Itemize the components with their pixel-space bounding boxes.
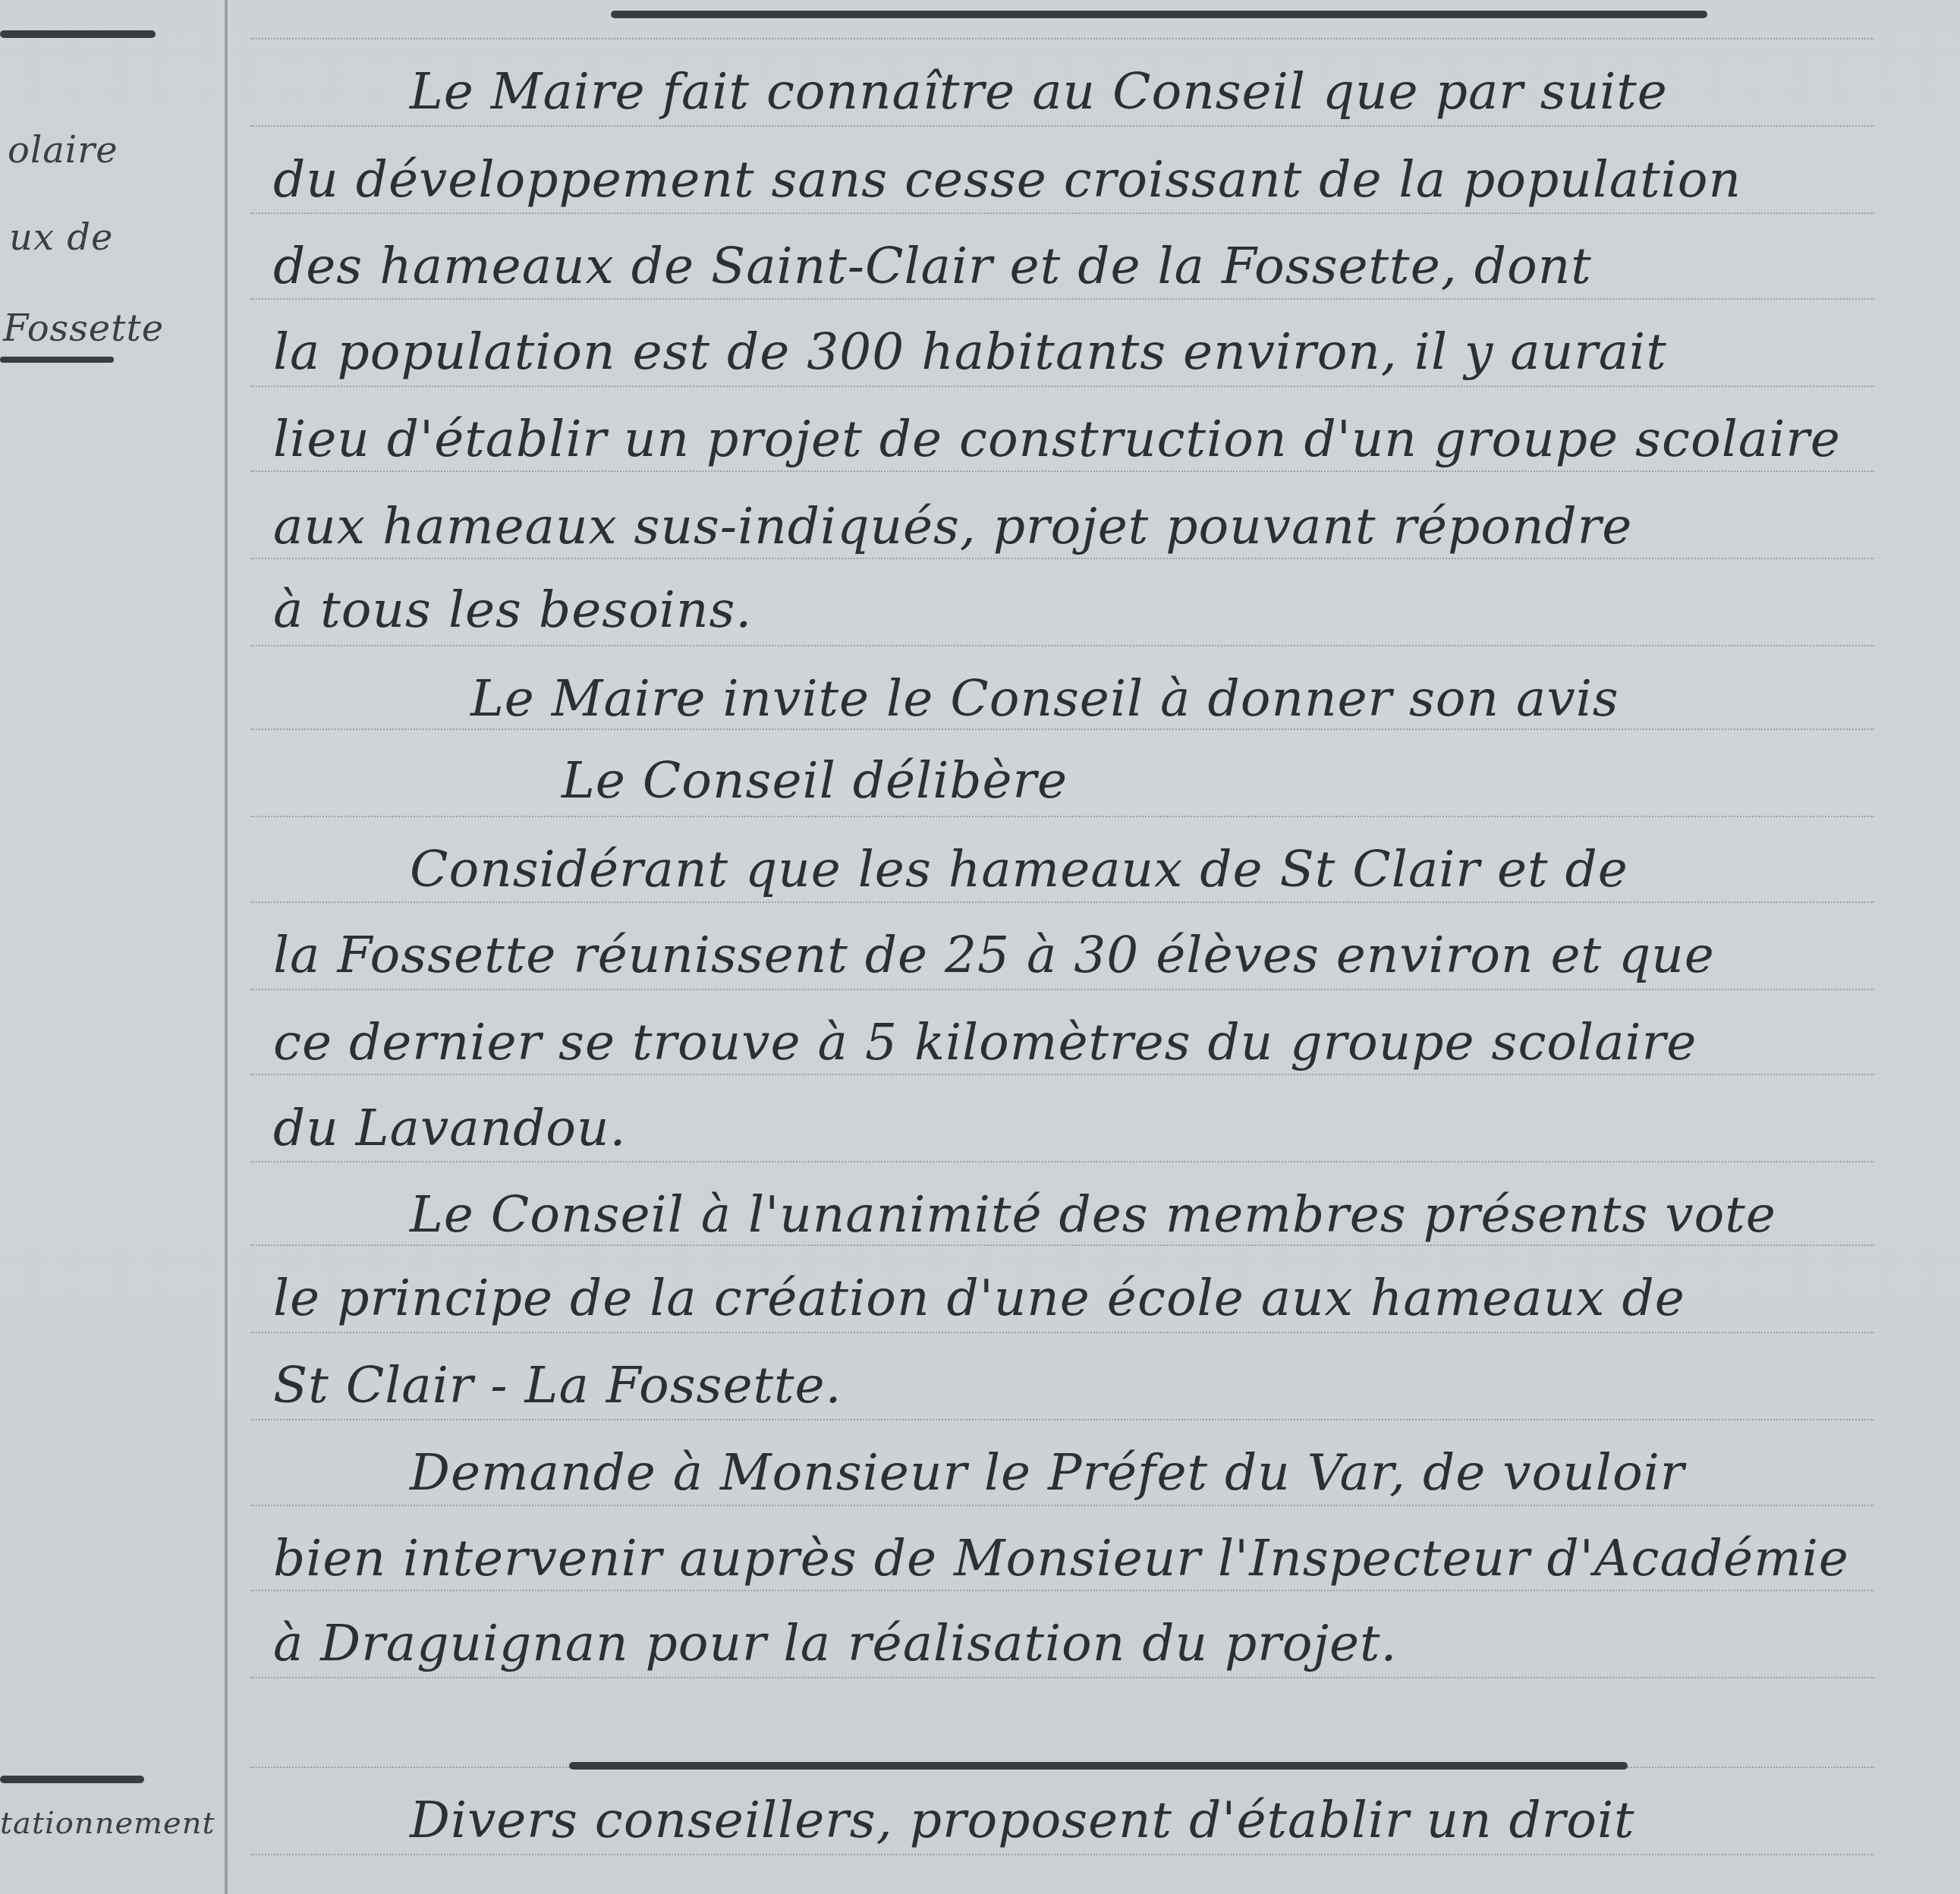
margin-separator-top <box>0 30 156 38</box>
handwritten-line: Le Maire invite le Conseil à donner son … <box>470 669 1619 728</box>
ruled-line <box>250 1677 1874 1678</box>
handwritten-line: Le Conseil délibère <box>562 751 1068 810</box>
margin-divider <box>225 0 228 1894</box>
margin-note: tationnement <box>0 1806 216 1841</box>
margin-separator <box>0 357 114 363</box>
handwritten-line: Le Maire fait connaître au Conseil que p… <box>410 62 1668 121</box>
ruled-line <box>250 645 1874 647</box>
ruled-line <box>250 901 1874 903</box>
handwritten-line: Le Conseil à l'unanimité des membres pré… <box>410 1185 1776 1244</box>
ruled-line <box>250 385 1874 387</box>
ruled-line <box>250 989 1874 990</box>
ruled-line <box>250 212 1874 214</box>
ruled-line <box>250 125 1874 127</box>
margin-note: ux de <box>9 216 113 259</box>
margin-note: olaire <box>8 129 118 171</box>
handwritten-line: la Fossette réunissent de 25 à 30 élèves… <box>273 926 1715 984</box>
handwritten-line: à Draguignan pour la réalisation du proj… <box>273 1614 1398 1672</box>
register-page: olaire ux de Fossette tationnement Le Ma… <box>0 0 1960 1894</box>
handwritten-line: la population est de 300 habitants envir… <box>273 322 1667 381</box>
ruled-line <box>250 1419 1874 1420</box>
ruled-line <box>250 558 1874 559</box>
ruled-line <box>250 38 1874 39</box>
ruled-line <box>250 1161 1874 1163</box>
handwritten-line: bien intervenir auprès de Monsieur l'Ins… <box>273 1529 1849 1587</box>
margin-note: Fossette <box>3 307 164 350</box>
handwritten-line: du développement sans cesse croissant de… <box>273 150 1741 209</box>
handwritten-line: Divers conseillers, proposent d'établir … <box>410 1791 1635 1849</box>
ruled-line <box>250 1332 1874 1333</box>
handwritten-line: lieu d'établir un projet de construction… <box>273 410 1841 468</box>
handwritten-line: le principe de la création d'une école a… <box>273 1269 1685 1327</box>
handwritten-line: aux hameaux sus-indiqués, projet pouvant… <box>273 497 1632 555</box>
ruled-line <box>250 1505 1874 1506</box>
handwritten-line: Demande à Monsieur le Préfet du Var, de … <box>410 1443 1685 1502</box>
ruled-line <box>250 728 1874 730</box>
handwritten-line: des hameaux de Saint-Clair et de la Foss… <box>273 237 1592 295</box>
handwritten-line: ce dernier se trouve à 5 kilomètres du g… <box>273 1013 1697 1071</box>
ruled-line <box>250 816 1874 817</box>
ruled-line <box>250 1854 1874 1855</box>
margin-separator-bottom <box>0 1776 144 1783</box>
ruled-line <box>250 298 1874 300</box>
ruled-line <box>250 1244 1874 1246</box>
handwritten-line: St Clair - La Fossette. <box>273 1356 842 1414</box>
ruled-line <box>250 470 1874 472</box>
handwritten-line: Considérant que les hameaux de St Clair … <box>410 840 1628 898</box>
ruled-line <box>250 1590 1874 1591</box>
ruled-line <box>250 1074 1874 1075</box>
handwritten-line: du Lavandou. <box>273 1099 627 1157</box>
section-separator-top <box>611 11 1707 18</box>
section-separator <box>569 1762 1628 1770</box>
handwritten-line: à tous les besoins. <box>273 580 752 639</box>
